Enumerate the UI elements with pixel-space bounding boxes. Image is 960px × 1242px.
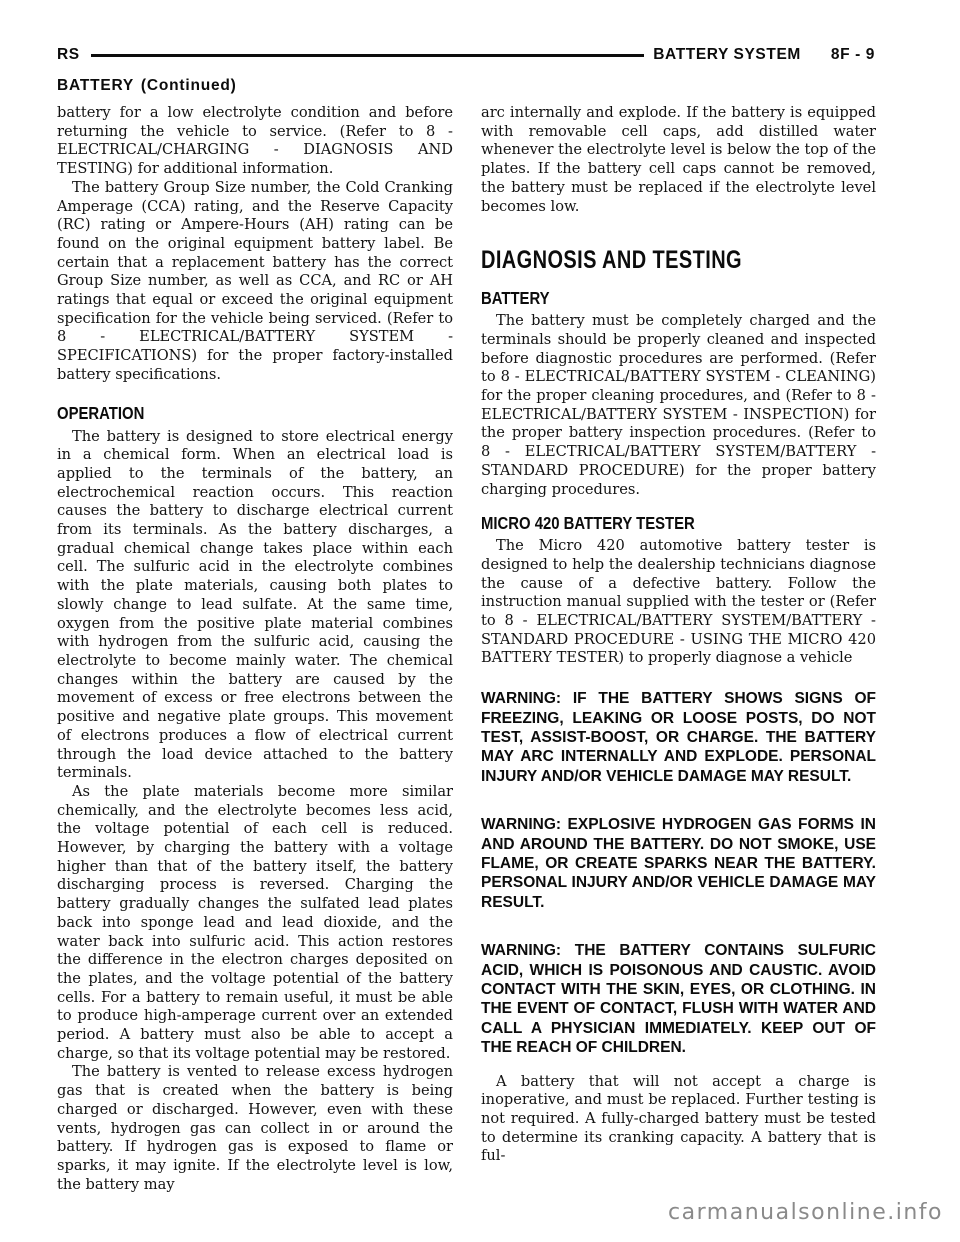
warning-freezing: WARNING: IF THE BATTERY SHOWS SIGNS OF F…: [481, 689, 876, 786]
body-paragraph: As the plate materials become more simil…: [57, 783, 453, 1064]
body-paragraph: The battery must be completely charged a…: [481, 312, 876, 499]
model-code: RS: [57, 46, 80, 64]
warning-hydrogen-gas: WARNING: EXPLOSIVE HYDROGEN GAS FORMS IN…: [481, 815, 876, 912]
battery-heading: BATTERY: [481, 288, 817, 308]
body-paragraph: arc internally and explode. If the batte…: [481, 104, 876, 216]
warning-sulfuric-acid: WARNING: THE BATTERY CONTAINS SULFURIC A…: [481, 941, 876, 1057]
body-paragraph: battery for a low electrolyte condition …: [57, 104, 453, 179]
right-column: arc internally and explode. If the batte…: [481, 104, 876, 1166]
left-column: battery for a low electrolyte condition …: [57, 104, 453, 1194]
page-header: RS BATTERY SYSTEM 8F - 9: [57, 46, 875, 64]
body-paragraph: The battery Group Size number, the Cold …: [57, 179, 453, 385]
page-number: 8F - 9: [831, 46, 875, 64]
manual-page: RS BATTERY SYSTEM 8F - 9 BATTERY (Contin…: [0, 0, 960, 1242]
operation-heading: OPERATION: [57, 403, 394, 423]
watermark: carmanualsonline.info: [668, 1200, 943, 1225]
body-paragraph: The battery is vented to release excess …: [57, 1063, 453, 1194]
diagnosis-and-testing-heading: DIAGNOSIS AND TESTING: [481, 246, 797, 274]
micro-420-battery-tester-heading: MICRO 420 BATTERY TESTER: [481, 513, 817, 533]
section-title: BATTERY SYSTEM: [653, 46, 801, 64]
body-paragraph: A battery that will not accept a charge …: [481, 1073, 876, 1167]
header-rule: [91, 54, 645, 57]
continued-heading: BATTERY (Continued): [57, 77, 237, 95]
body-paragraph: The Micro 420 automotive battery tester …: [481, 537, 876, 668]
body-paragraph: The battery is designed to store electri…: [57, 428, 453, 783]
